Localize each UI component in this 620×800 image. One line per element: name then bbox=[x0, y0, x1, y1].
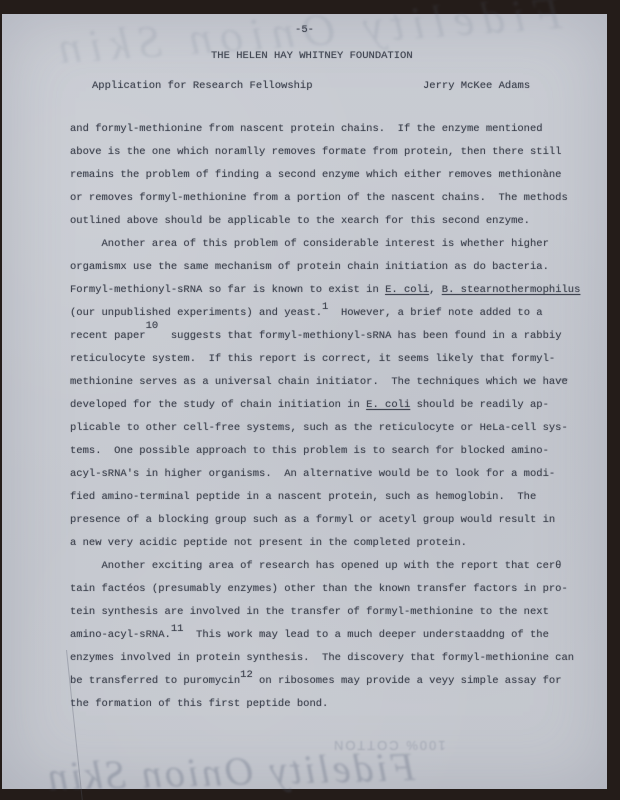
text-segment: be transferred to puromycin bbox=[70, 675, 240, 687]
text-line: and formyl-methionine from nascent prote… bbox=[70, 118, 580, 141]
scanned-document-page: Fidelity Onion Skin Fidelity Onion Skin … bbox=[0, 0, 620, 800]
text-segment: a new very acidic peptide not present in… bbox=[70, 537, 467, 549]
text-segment: developed for the study of chain initiat… bbox=[70, 399, 366, 411]
text-line: amino-acyl-sRNA.11 This work may lead to… bbox=[70, 624, 580, 647]
text-segment: and formyl-methionine from nascent prote… bbox=[70, 123, 543, 135]
text-line: tems. One possible approach to this prob… bbox=[70, 440, 580, 463]
text-segment: (our unpublished experiments) and yeast. bbox=[70, 307, 322, 319]
text-line: Formyl-methionyl-sRNA so far is known to… bbox=[70, 279, 580, 302]
applicant-name: Jerry McKee Adams bbox=[423, 80, 530, 92]
text-segment: Formyl-methionyl-sRNA so far is known to… bbox=[70, 284, 385, 296]
text-line: orgamismx use the same mechanism of prot… bbox=[70, 256, 580, 279]
text-line: above is the one which noramlly removes … bbox=[70, 141, 580, 164]
text-segment: acyl-sRNA's in higher organisms. An alte… bbox=[70, 468, 555, 480]
text-segment: suggests that formyl-methionyl-sRNA has … bbox=[158, 330, 561, 342]
footnote-superscript: 1 bbox=[322, 301, 328, 313]
text-segment: reticulocyte system. If this report is c… bbox=[70, 353, 555, 365]
text-segment: outlined above should be applicable to t… bbox=[70, 215, 530, 227]
application-type-label: Application for Research Fellowship bbox=[92, 80, 313, 92]
text-line: be transferred to puromycin12 on ribosom… bbox=[70, 670, 580, 693]
text-segment: Another area of this problem of consider… bbox=[70, 238, 549, 250]
underlined-term: E. coli bbox=[385, 284, 429, 296]
text-segment: orgamismx use the same mechanism of prot… bbox=[70, 261, 549, 273]
text-segment: remains the problem of finding a second … bbox=[70, 169, 561, 181]
text-line: enzymes involved in protein synthesis. T… bbox=[70, 647, 580, 670]
watermark-showthrough-top: Fidelity Onion Skin bbox=[35, 0, 577, 76]
text-segment: fied amino-terminal peptide in a nascent… bbox=[70, 491, 536, 503]
text-line: Another exciting area of research has op… bbox=[70, 555, 580, 578]
text-segment: amino-acyl-sRNA. bbox=[70, 629, 171, 641]
document-title: THE HELEN HAY WHITNEY FOUNDATION bbox=[211, 50, 413, 62]
text-segment: , bbox=[429, 284, 442, 296]
text-segment: on ribosomes may provide a veyy simple a… bbox=[253, 675, 562, 687]
text-segment: tems. One possible approach to this prob… bbox=[70, 445, 549, 457]
body-text: and formyl-methionine from nascent prote… bbox=[70, 118, 580, 716]
text-segment: or removes formyl-methionine from a port… bbox=[70, 192, 568, 204]
text-segment: tein synthesis are involved in the trans… bbox=[70, 606, 549, 618]
text-line: developed for the study of chain initiat… bbox=[70, 394, 580, 417]
text-segment: Another exciting area of research has op… bbox=[70, 560, 561, 572]
text-line: or removes formyl-methionine from a port… bbox=[70, 187, 580, 210]
text-line: remains the problem of finding a second … bbox=[70, 164, 580, 187]
footnote-superscript: 10 bbox=[146, 320, 159, 332]
text-line: the formation of this first peptide bond… bbox=[70, 693, 580, 716]
text-line: a new very acidic peptide not present in… bbox=[70, 532, 580, 555]
text-segment: This work may lead to a much deeper unde… bbox=[183, 629, 548, 641]
text-segment: above is the one which noramlly removes … bbox=[70, 146, 561, 158]
text-segment: However, a brief note added to a bbox=[328, 307, 542, 319]
footnote-superscript: 11 bbox=[171, 623, 184, 635]
paper-sheet: Fidelity Onion Skin Fidelity Onion Skin … bbox=[2, 14, 607, 789]
text-line: tein synthesis are involved in the trans… bbox=[70, 601, 580, 624]
text-line: presence of a blocking group such as a f… bbox=[70, 509, 580, 532]
text-line: Another area of this problem of consider… bbox=[70, 233, 580, 256]
text-segment: tain factéos (presumably enzymes) other … bbox=[70, 583, 568, 595]
text-line: methionine serves as a universal chain i… bbox=[70, 371, 580, 394]
text-line: reticulocyte system. If this report is c… bbox=[70, 348, 580, 371]
text-segment: should be readily ap- bbox=[410, 399, 549, 411]
text-segment: plicable to other cell-free systems, suc… bbox=[70, 422, 568, 434]
underlined-term: E. coli bbox=[366, 399, 410, 411]
text-line: fied amino-terminal peptide in a nascent… bbox=[70, 486, 580, 509]
watermark-cotton-label: 100% COTTON bbox=[332, 738, 446, 753]
text-line: tain factéos (presumably enzymes) other … bbox=[70, 578, 580, 601]
text-segment: enzymes involved in protein synthesis. T… bbox=[70, 652, 574, 664]
text-segment: recent paper bbox=[70, 330, 146, 342]
text-segment: methionine serves as a universal chain i… bbox=[70, 376, 568, 388]
underlined-term: B. stearnothermophilus bbox=[442, 284, 581, 296]
text-line: acyl-sRNA's in higher organisms. An alte… bbox=[70, 463, 580, 486]
text-line: plicable to other cell-free systems, suc… bbox=[70, 417, 580, 440]
text-segment: presence of a blocking group such as a f… bbox=[70, 514, 555, 526]
text-segment: the formation of this first peptide bond… bbox=[70, 698, 328, 710]
page-number: -5- bbox=[2, 24, 607, 36]
text-line: outlined above should be applicable to t… bbox=[70, 210, 580, 233]
text-line: recent paper10 suggests that formyl-meth… bbox=[70, 325, 580, 348]
footnote-superscript: 12 bbox=[240, 669, 253, 681]
